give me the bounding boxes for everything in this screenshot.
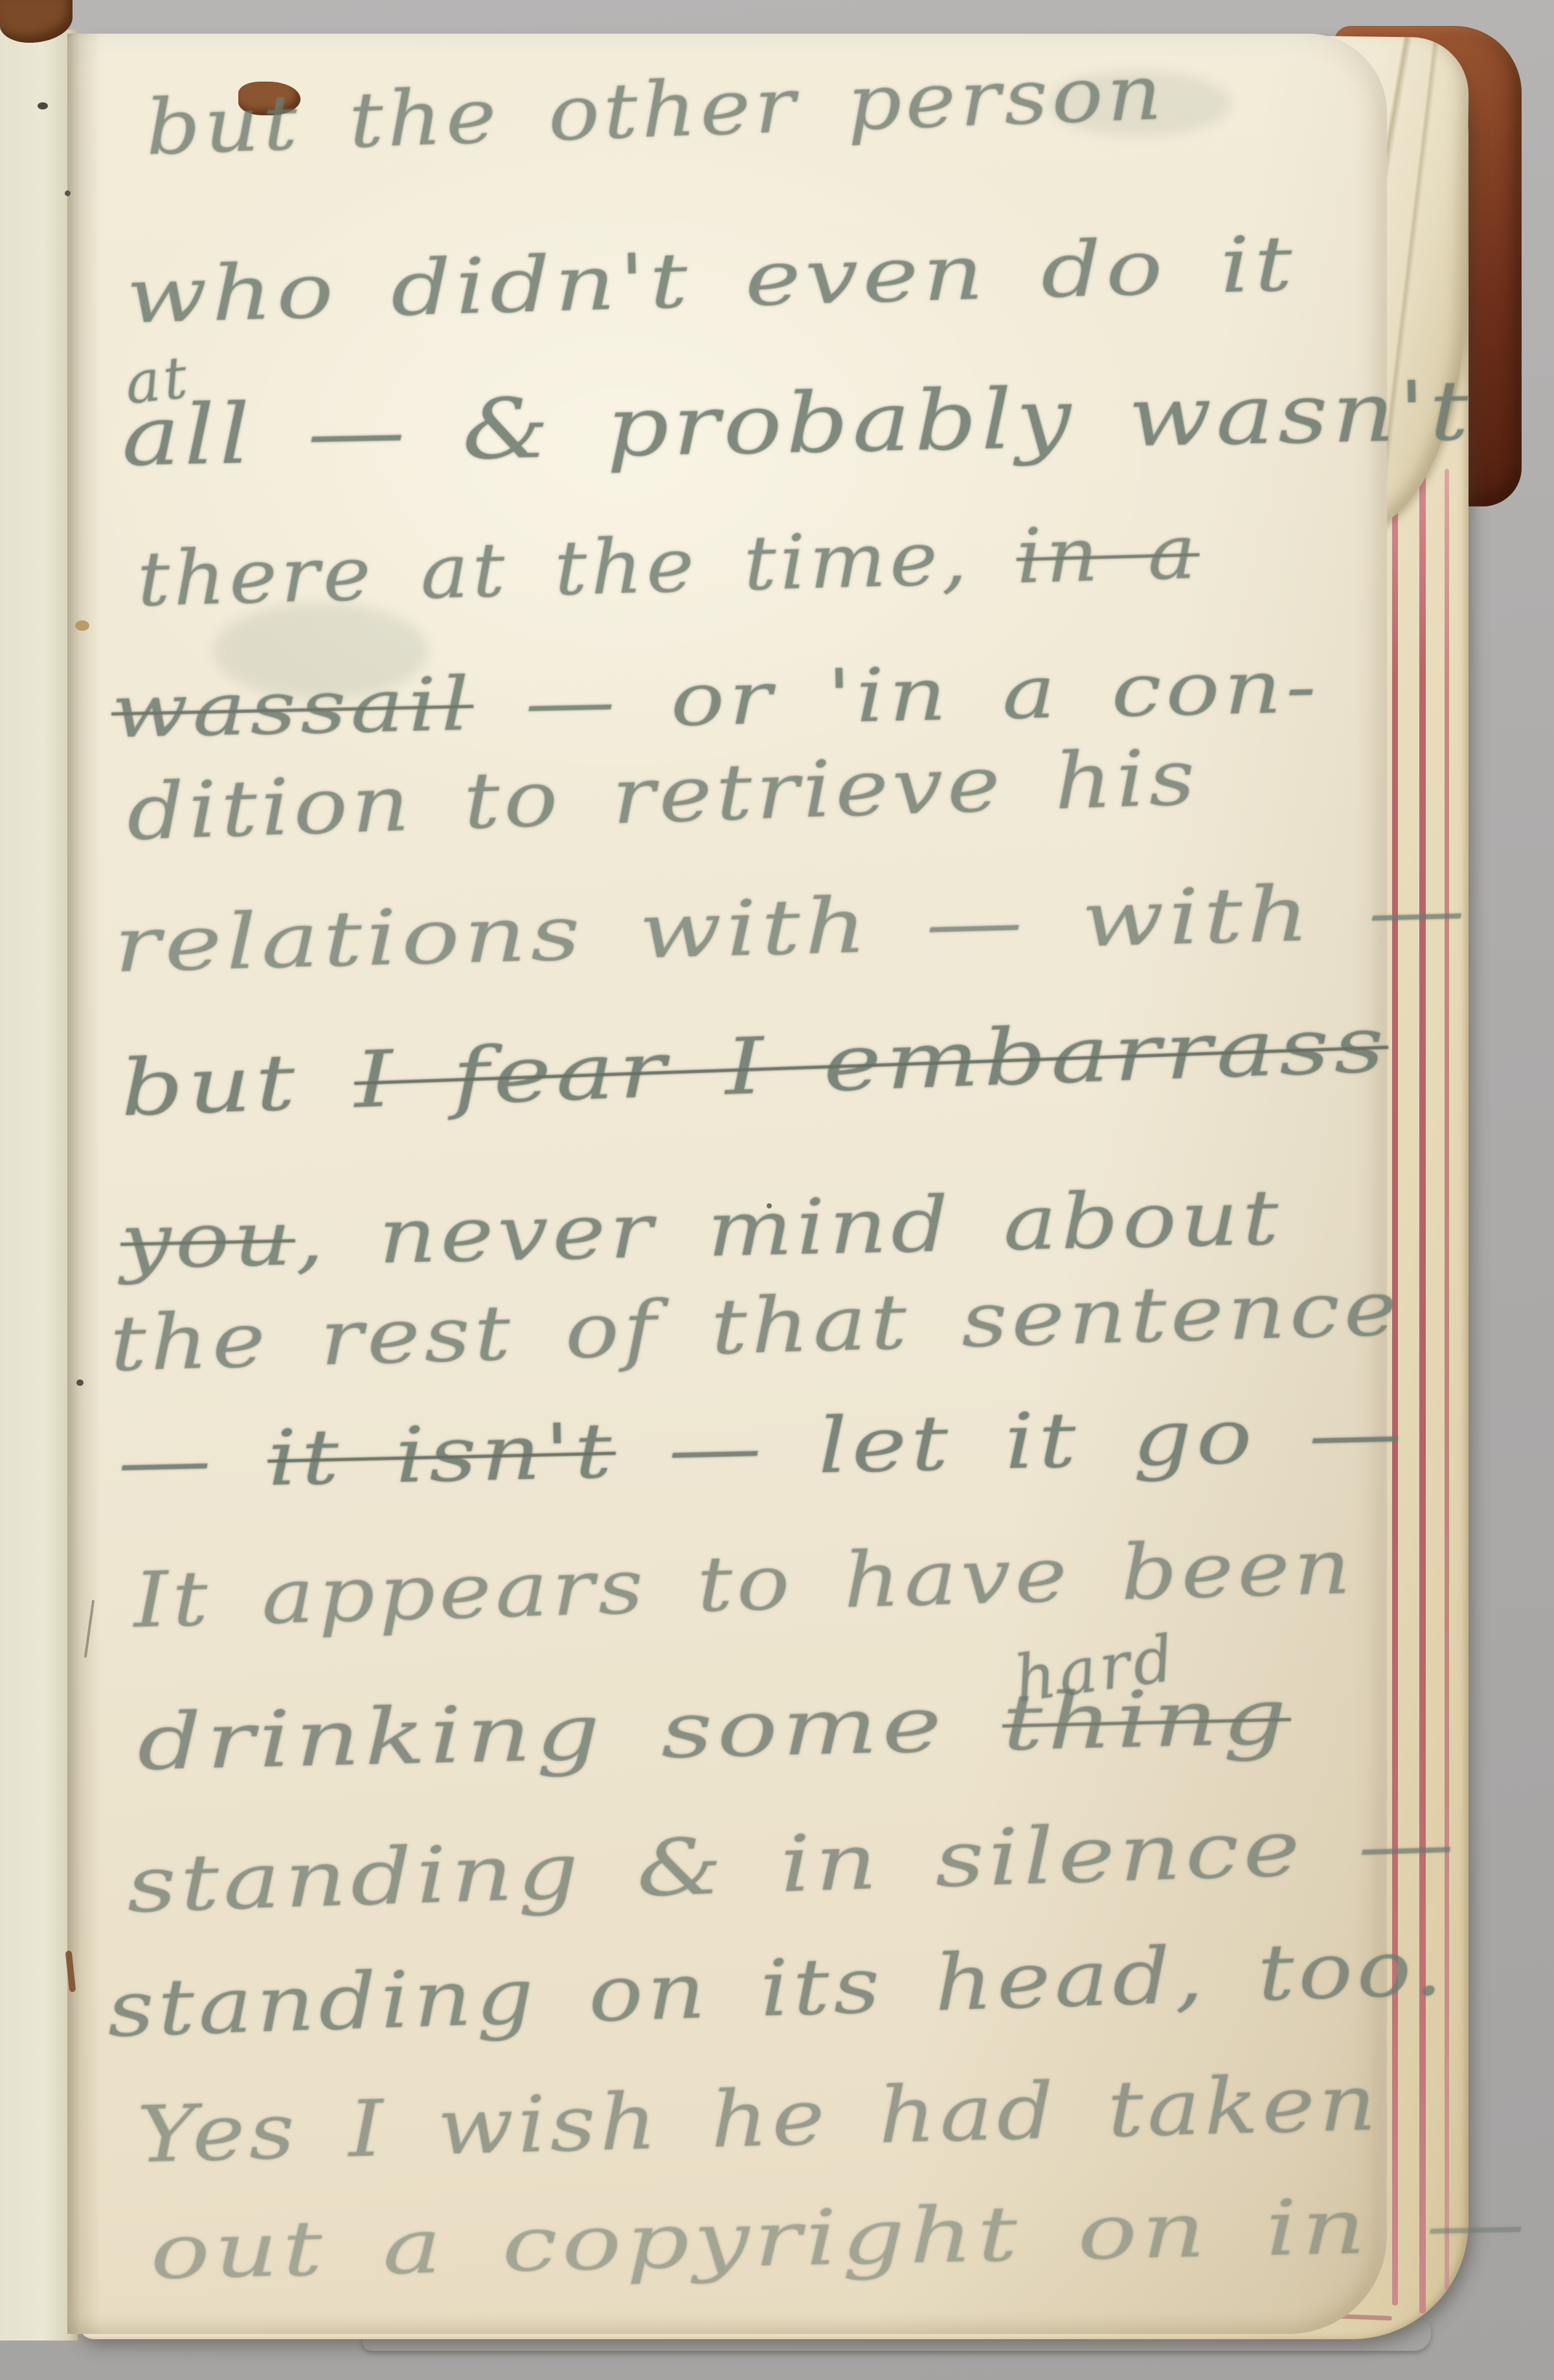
crossed-out-text: it isn't xyxy=(267,1406,617,1503)
paper-speck xyxy=(38,102,48,109)
paper-speck xyxy=(65,190,71,196)
paper-speck xyxy=(75,620,89,631)
line-text: — or 'in a con- xyxy=(473,643,1321,747)
page-edge-red-stripe xyxy=(1445,469,1449,2290)
page-edge-red-stripe xyxy=(1392,453,1398,2306)
notebook-photograph: but the other person who didn't even do … xyxy=(0,0,1554,2380)
page-edge-red-stripe xyxy=(1419,446,1426,2313)
crossed-out-text: thing xyxy=(1001,1672,1292,1769)
crossed-out-text: wassail xyxy=(111,661,475,754)
line-text: — let it go — xyxy=(614,1388,1406,1495)
crossed-out-text: you xyxy=(120,1193,297,1286)
paper-speck xyxy=(76,1379,84,1386)
line-text: — xyxy=(117,1414,268,1506)
crossed-out-text: in a xyxy=(1015,508,1200,600)
line-text: but xyxy=(119,1036,356,1134)
facing-page-edge xyxy=(0,30,78,2340)
